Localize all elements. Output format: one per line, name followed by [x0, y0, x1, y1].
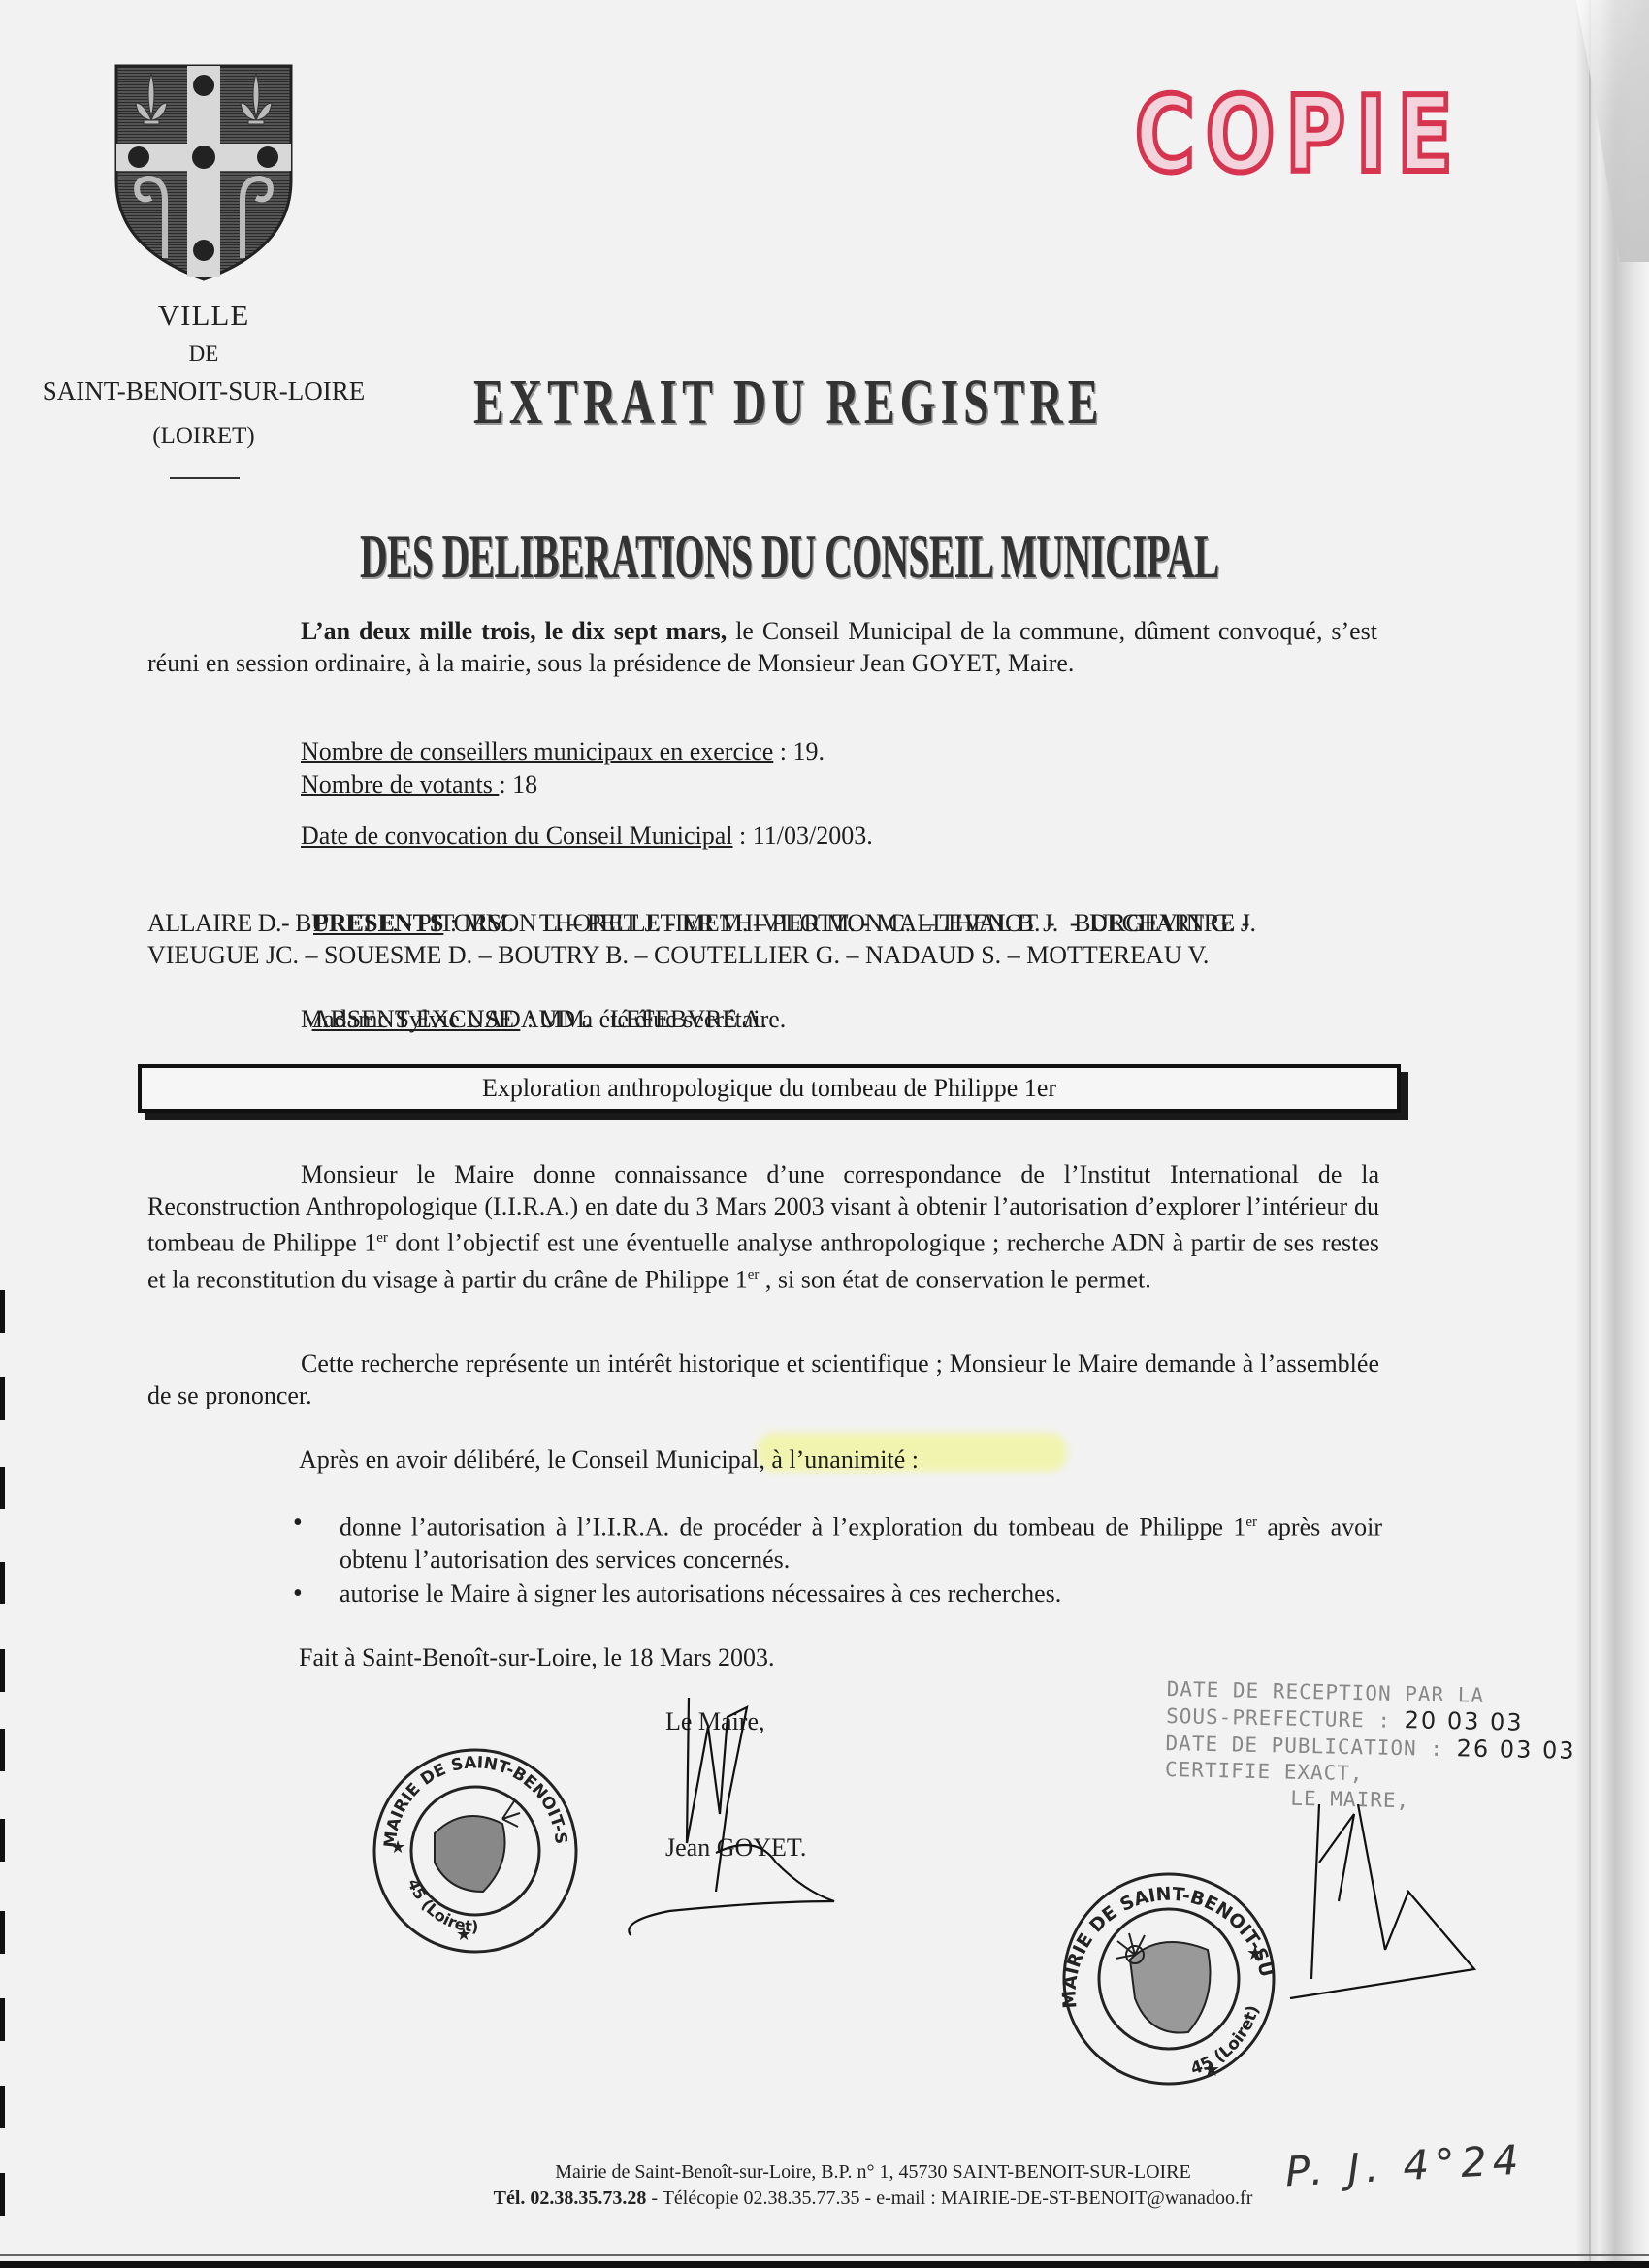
- binding-mark: [0, 1729, 5, 1771]
- municipality-name: SAINT-BENOIT-SUR-LOIRE: [19, 376, 388, 406]
- subject-heading-box: Exploration anthropologique du tombeau d…: [138, 1064, 1401, 1113]
- reception-date: 20 03 03: [1404, 1706, 1523, 1736]
- decision-text: donne l’autorisation à l’I.I.R.A. de pro…: [339, 1513, 1245, 1541]
- binding-mark: [0, 2086, 5, 2128]
- publication-date: 26 03 03: [1456, 1734, 1575, 1765]
- present-line-2: ALLAIRE D.- BURET F. - PITORSON L. – PEL…: [147, 907, 1256, 939]
- secretary-line: Madame Sylvie NADAUD a été élue secrétai…: [301, 1003, 786, 1035]
- reception-stamp: DATE DE RECEPTION PAR LA SOUS-PREFECTURE…: [1164, 1676, 1577, 1818]
- binding-mark: [0, 1562, 5, 1604]
- councillors-value: : 19.: [773, 737, 824, 765]
- present-line-3: VIEUGUE JC. – SOUESME D. – BOUTRY B. – C…: [147, 939, 1209, 971]
- decision-list: donne l’autorisation à l’I.I.R.A. de pro…: [339, 1507, 1382, 1611]
- voters-count: Nombre de votants : 18: [301, 768, 537, 800]
- municipality-line-ville: VILLE: [19, 298, 388, 333]
- convocation-value: : 11/03/2003.: [733, 822, 873, 850]
- copy-stamp: COPIE: [1135, 83, 1464, 188]
- convocation-date: Date de convocation du Conseil Municipal…: [301, 820, 873, 852]
- certification-signature-icon: [1261, 1804, 1533, 2018]
- voters-value: : 18: [499, 770, 537, 798]
- intro-paragraph: L’an deux mille trois, le dix sept mars,…: [147, 615, 1377, 679]
- municipality-line-de: DE: [19, 341, 388, 367]
- decision-item: autorise le Maire à signer les autorisat…: [339, 1577, 1382, 1609]
- svg-text:★: ★: [456, 1925, 471, 1944]
- bottom-edge: [0, 2261, 1649, 2268]
- page-edge-line: [1589, 0, 1591, 2268]
- municipal-seal-right-icon: MAIRIE DE SAINT-BENOIT-SUR-LOIRE 45 (Loi…: [1052, 1863, 1285, 2095]
- footer-telephone: Tél. 02.38.35.73.28: [494, 2187, 647, 2209]
- binding-mark: [0, 1819, 5, 1862]
- document-subtitle: DES DELIBERATIONS DU CONSEIL MUNICIPAL: [360, 526, 1219, 588]
- reception-label: SOUS-PREFECTURE :: [1166, 1704, 1391, 1733]
- decision-item: donne l’autorisation à l’I.I.R.A. de pro…: [339, 1507, 1382, 1575]
- ordinal-superscript: er: [376, 1230, 388, 1246]
- binding-mark: [0, 1998, 5, 2041]
- correspondence-paragraph: Monsieur le Maire donne connaissance d’u…: [147, 1158, 1379, 1295]
- subject-heading: Exploration anthropologique du tombeau d…: [482, 1074, 1056, 1102]
- decision-text: autorise le Maire à signer les autorisat…: [339, 1579, 1061, 1607]
- footer-contact: Tél. 02.38.35.73.28 - Télécopie 02.38.35…: [0, 2187, 1649, 2210]
- publication-label: DATE DE PUBLICATION :: [1165, 1732, 1443, 1761]
- convocation-label: Date de convocation du Conseil Municipal: [301, 822, 733, 850]
- binding-mark: [0, 1911, 5, 1954]
- svg-text:★: ★: [1203, 2059, 1220, 2081]
- decision-intro: Après en avoir délibéré, le Conseil Muni…: [299, 1443, 919, 1475]
- municipal-seal-left-icon: MAIRIE DE SAINT-BENOIT-SUR-LOIRE 45 (Loi…: [367, 1736, 580, 1960]
- voters-label: Nombre de votants: [301, 770, 499, 798]
- municipality-rule: [170, 477, 240, 479]
- councillors-label: Nombre de conseillers municipaux en exer…: [301, 737, 773, 765]
- councillors-count: Nombre de conseillers municipaux en exer…: [301, 735, 824, 767]
- footer-fax-email: - Télécopie 02.38.35.77.35 - e-mail : MA…: [646, 2187, 1252, 2209]
- coat-of-arms-icon: [114, 64, 293, 281]
- page-edge-shadow: [1576, 0, 1649, 2268]
- binding-mark: [0, 1377, 5, 1420]
- mayor-signature-icon: [611, 1688, 844, 1940]
- interest-paragraph: Cette recherche représente un intérêt hi…: [147, 1347, 1379, 1411]
- document-title: EXTRAIT DU REGISTRE: [473, 371, 1103, 435]
- binding-mark: [0, 1467, 5, 1509]
- binding-mark: [0, 1290, 5, 1333]
- ordinal-superscript: er: [748, 1267, 760, 1282]
- svg-text:★: ★: [390, 1837, 405, 1857]
- municipality-department: (LOIRET): [19, 423, 388, 450]
- ordinal-superscript: er: [1245, 1514, 1257, 1530]
- done-at-line: Fait à Saint-Benoît-sur-Loire, le 18 Mar…: [299, 1641, 775, 1673]
- bottom-edge-line: [0, 2254, 1649, 2256]
- correspondence-text-c: , si son état de conservation le permet.: [759, 1265, 1150, 1293]
- binding-mark: [0, 1649, 5, 1692]
- intro-date: L’an deux mille trois, le dix sept mars,: [301, 617, 727, 645]
- svg-text:★: ★: [1246, 1943, 1264, 1964]
